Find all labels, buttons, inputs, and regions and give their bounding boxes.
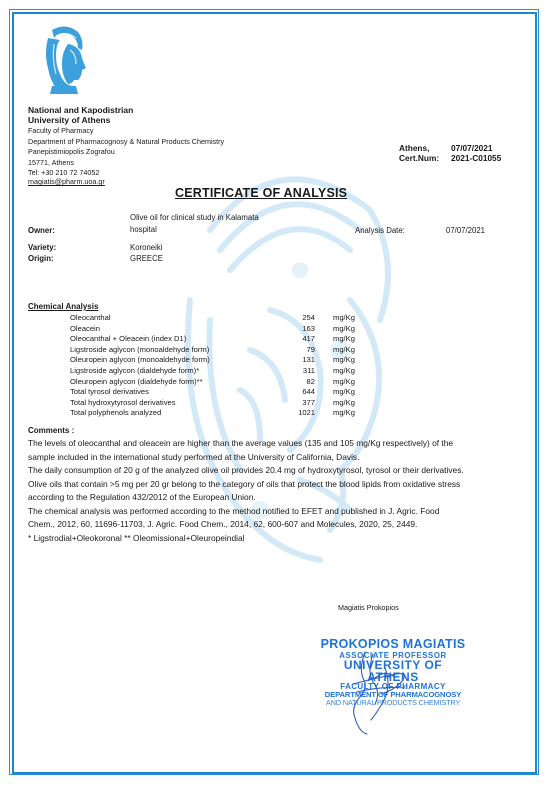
compound-name: Oleacein (70, 324, 100, 333)
city-label: Athens, (399, 143, 429, 153)
compound-unit: mg/Kg (333, 334, 355, 343)
compound-name: Total polyphenols analyzed (70, 408, 161, 417)
table-row: Oleuropein aglycon (dialdehyde form)**82… (70, 377, 360, 388)
compound-value: 254 (302, 313, 315, 322)
table-row: Total hydroxytyrosol derivatives377mg/Kg (70, 398, 360, 409)
compound-value: 79 (307, 345, 315, 354)
compound-name: Oleuropein aglycon (monoaldehyde form) (70, 355, 210, 364)
comment-line: Olive oils that contain >5 mg per 20 gr … (28, 479, 460, 489)
compound-name: Ligstroside aglycon (monoaldehyde form) (70, 345, 209, 354)
compound-unit: mg/Kg (333, 398, 355, 407)
compound-unit: mg/Kg (333, 345, 355, 354)
table-row: Oleacein163mg/Kg (70, 324, 360, 335)
compound-unit: mg/Kg (333, 366, 355, 375)
comment-line: Chem., 2012, 60, 11696-11703, J. Agric. … (28, 519, 417, 529)
comment-line: * Ligstrodial+Oleokoronal ** Oleomission… (28, 533, 244, 543)
issue-date: 07/07/2021 (451, 143, 493, 153)
variety-value: Koroneiki (130, 243, 163, 252)
comments-title: Comments : (28, 426, 74, 435)
variety-label: Variety: (28, 243, 56, 252)
origin-label: Origin: (28, 254, 54, 263)
table-row: Total tyrosol derivatives644mg/Kg (70, 387, 360, 398)
comment-line: The chemical analysis was performed acco… (28, 506, 439, 516)
institution-tel: Tel: +30 210 72 74052 (28, 168, 99, 177)
institution-department: Department of Pharmacognosy & Natural Pr… (28, 137, 224, 146)
compound-name: Total tyrosol derivatives (70, 387, 149, 396)
compound-value: 82 (307, 377, 315, 386)
compound-value: 1021 (298, 408, 315, 417)
institution-name-line1: National and Kapodistrian (28, 105, 133, 115)
compound-value: 163 (302, 324, 315, 333)
analysis-date-value: 07/07/2021 (446, 226, 485, 235)
institution-postal: 15771, Athens (28, 158, 74, 167)
university-athena-logo-icon (38, 24, 90, 96)
compound-unit: mg/Kg (333, 355, 355, 364)
compound-name: Oleocanthal (70, 313, 111, 322)
cert-num-value: 2021-C01055 (451, 153, 501, 163)
compound-value: 377 (302, 398, 315, 407)
owner-value-line2: hospital (130, 225, 157, 234)
institution-faculty: Faculty of Pharmacy (28, 126, 94, 135)
page-title: CERTIFICATE OF ANALYSIS (175, 186, 347, 200)
comment-line: The levels of oleocanthal and oleacein a… (28, 438, 453, 448)
compound-name: Total hydroxytyrosol derivatives (70, 398, 176, 407)
table-row: Total polyphenols analyzed1021mg/Kg (70, 408, 360, 419)
compound-unit: mg/Kg (333, 313, 355, 322)
analysis-date-label: Analysis Date: (355, 226, 405, 235)
comment-line: sample included in the international stu… (28, 452, 359, 462)
compound-unit: mg/Kg (333, 324, 355, 333)
compound-unit: mg/Kg (333, 387, 355, 396)
origin-value: GREECE (130, 254, 163, 263)
table-row: Oleocanthal254mg/Kg (70, 313, 360, 324)
compound-name: Oleocanthal + Oleacein (index D1) (70, 334, 186, 343)
comment-line: The daily consumption of 20 g of the ana… (28, 465, 464, 475)
chemical-analysis-title: Chemical Analysis (28, 302, 98, 311)
cert-num-label: Cert.Num: (399, 153, 439, 163)
table-row: Ligstroside aglycon (monoaldehyde form)7… (70, 345, 360, 356)
compound-unit: mg/Kg (333, 408, 355, 417)
institution-name-line2: University of Athens (28, 115, 110, 125)
compound-value: 644 (302, 387, 315, 396)
compound-value: 311 (303, 366, 315, 375)
owner-label: Owner: (28, 226, 55, 235)
table-row: Ligstroside aglycon (dialdehyde form)*31… (70, 366, 360, 377)
handwritten-signature-icon (345, 648, 415, 738)
table-row: Oleocanthal + Oleacein (index D1)417mg/K… (70, 334, 360, 345)
compound-name: Oleuropein aglycon (dialdehyde form)** (70, 377, 203, 386)
owner-value-line1: Olive oil for clinical study in Kalamata (130, 213, 259, 222)
comment-line: according to the Regulation 432/2012 of … (28, 492, 256, 502)
compound-unit: mg/Kg (333, 377, 355, 386)
institution-campus: Panepistimiopolis Zografou (28, 147, 115, 156)
compound-value: 131 (302, 355, 315, 364)
compound-name: Ligstroside aglycon (dialdehyde form)* (70, 366, 199, 375)
table-row: Oleuropein aglycon (monoaldehyde form)13… (70, 355, 360, 366)
compound-value: 417 (302, 334, 315, 343)
institution-email-link[interactable]: magiatis@pharm.uoa.gr (28, 177, 105, 186)
signatory-name: Magiatis Prokopios (338, 603, 399, 612)
